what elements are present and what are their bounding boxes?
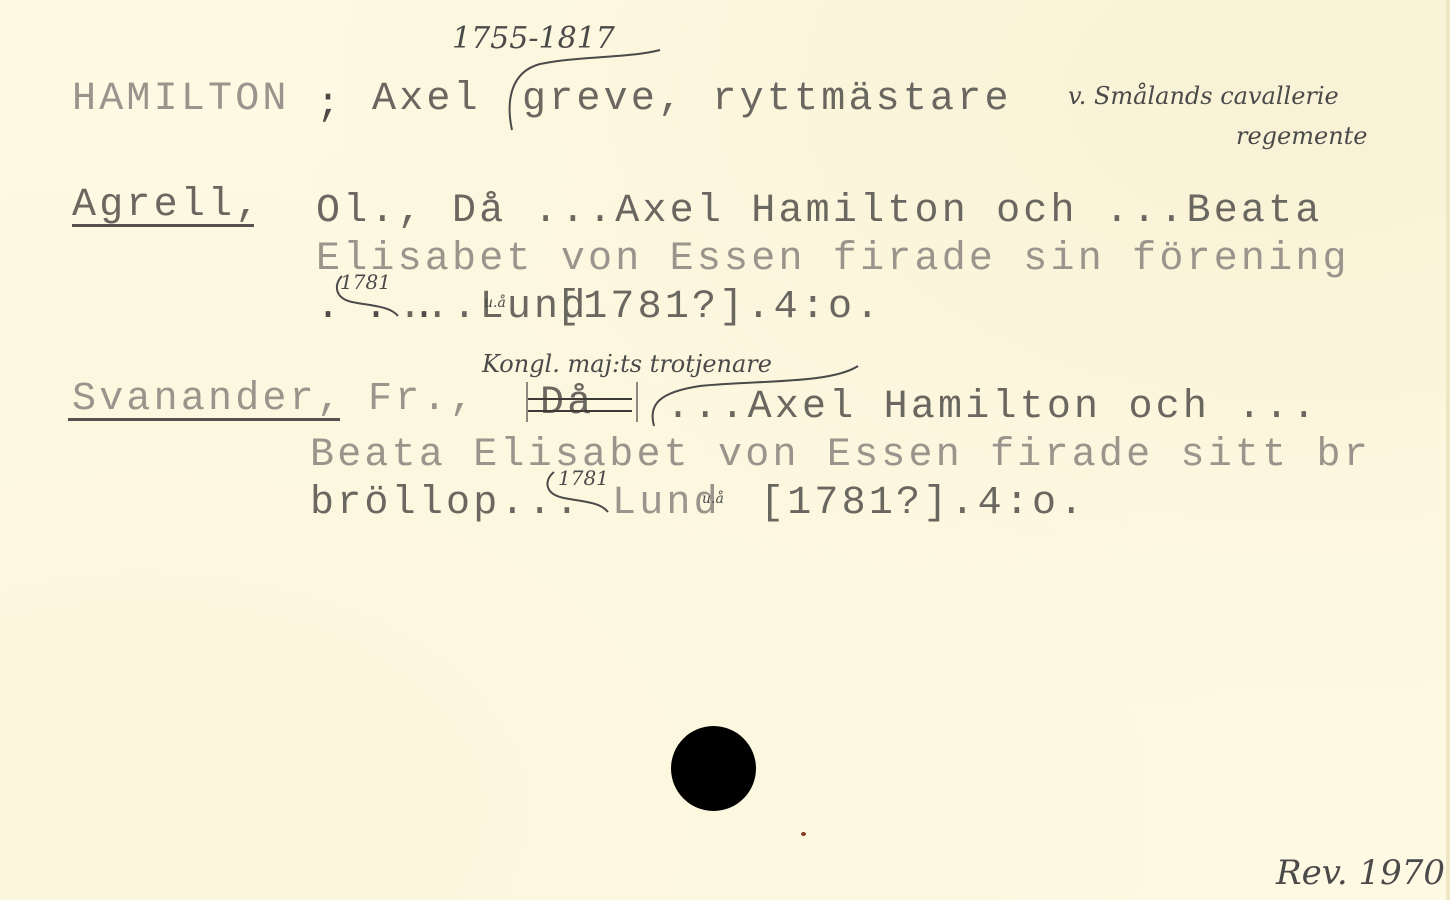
entry1-date-format: [1781?].4:o. bbox=[556, 288, 882, 328]
entry1-line2: Elisabet von Essen firade sin förening bbox=[316, 240, 1350, 280]
handwritten-regiment-line1: v. Smålands cavallerie bbox=[1068, 84, 1339, 108]
strikethrough-line bbox=[528, 398, 632, 400]
entry-author-agrell: Agrell, bbox=[72, 186, 262, 226]
handwritten-note-ua: u.å bbox=[702, 492, 724, 506]
strikethrough-line bbox=[528, 410, 632, 412]
heading-separator: ; bbox=[316, 86, 343, 126]
card-edge bbox=[1446, 0, 1450, 900]
entry2-line2: Beata Elisabet von Essen firade sitt br bbox=[310, 436, 1371, 476]
catalog-card: 1755-1817 HAMILTON ; Axel greve, ryttmäs… bbox=[0, 0, 1450, 900]
heading-given-name: Axel bbox=[372, 80, 481, 120]
author-underline bbox=[68, 418, 340, 421]
entry2-date-format: [1781?].4:o. bbox=[760, 484, 1086, 524]
handwritten-note-ua: u.å bbox=[484, 296, 506, 310]
struck-word: Då bbox=[540, 384, 594, 424]
entry2-author-initial: Fr., bbox=[368, 380, 477, 420]
paper-speck bbox=[801, 832, 806, 836]
entry2-line1: ...Axel Hamilton och ... bbox=[666, 388, 1319, 428]
entry-author-svanander: Svanander, bbox=[72, 380, 344, 420]
entry1-line1: Ol., Då ...Axel Hamilton och ...Beata bbox=[316, 192, 1323, 232]
handwritten-regiment-line2: regemente bbox=[1236, 124, 1368, 148]
revision-note: Rev. 1970 bbox=[1276, 856, 1445, 890]
author-underline bbox=[72, 224, 254, 227]
heading-title: greve, ryttmästare bbox=[522, 80, 1012, 120]
handwritten-insert-curve bbox=[524, 468, 614, 516]
heading-surname: HAMILTON bbox=[72, 80, 290, 120]
card-punch-hole bbox=[671, 726, 756, 811]
